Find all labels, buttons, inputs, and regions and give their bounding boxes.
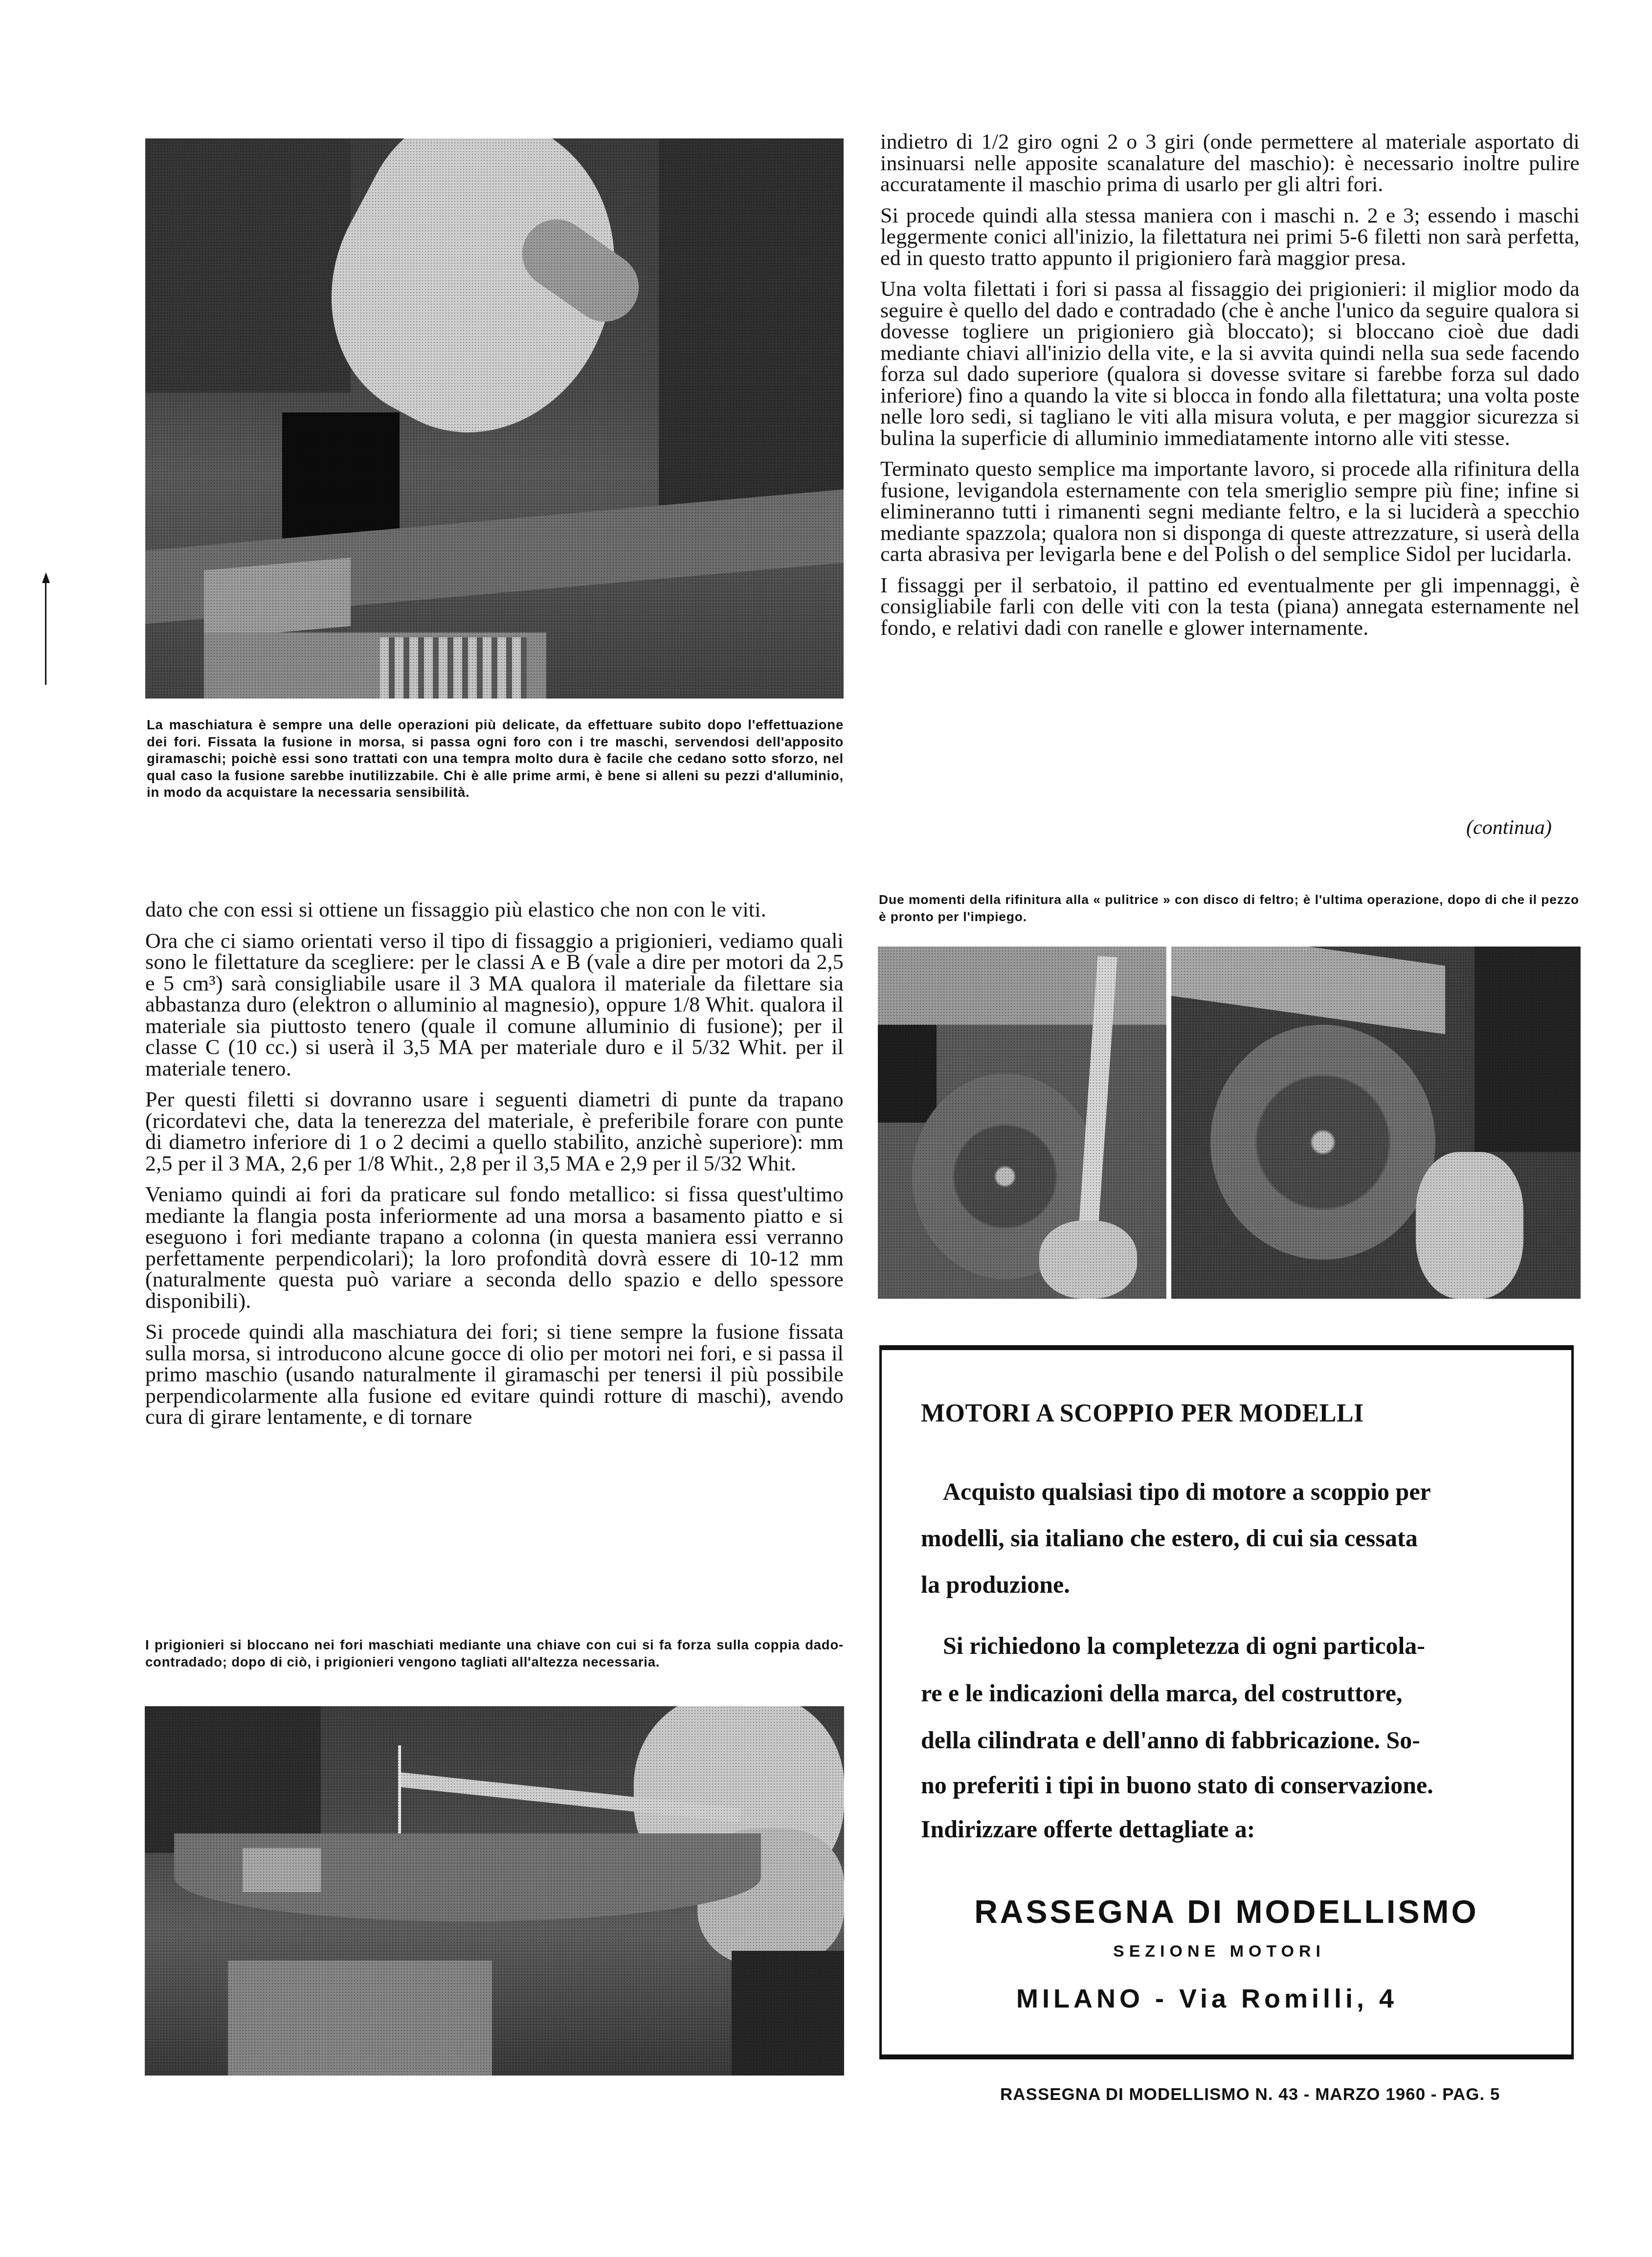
photo-tap-block: [282, 412, 400, 540]
photo-polishing-2: [1171, 947, 1581, 1299]
ad-line: della cilindrata e dell'anno di fabbrica…: [921, 1726, 1535, 1754]
ad-line: la produzione.: [921, 1570, 1535, 1599]
ad-line: Si richiedono la completezza di ogni par…: [943, 1631, 1557, 1660]
page-footer: RASSEGNA DI MODELLISMO N. 43 - MARZO 196…: [1000, 2085, 1500, 2104]
paragraph: Veniamo quindi ai fori da praticare sul …: [145, 1184, 844, 1311]
paragraph: Si procede quindi alla stessa maniera co…: [880, 205, 1580, 269]
photo-highlight: [243, 1848, 321, 1892]
paragraph: Una volta filettati i fori si passa al f…: [880, 278, 1580, 449]
photo-polishing-1: [878, 947, 1166, 1299]
paragraph: I fissaggi per il serbatoio, il pattino …: [880, 575, 1580, 639]
ad-line: Indirizzare offerte dettagliate a:: [921, 1815, 1535, 1843]
margin-arrow-icon: [42, 572, 50, 583]
paragraph: Ora che ci siamo orientati verso il tipo…: [145, 930, 844, 1080]
photo-studs: [145, 1706, 844, 2076]
ad-line: Acquisto qualsiasi tipo di motore a scop…: [943, 1477, 1557, 1506]
ad-line: modelli, sia italiano che estero, di cui…: [921, 1524, 1535, 1552]
photo-tapping: [145, 138, 844, 699]
paragraph: indietro di 1/2 giro ogni 2 o 3 giri (on…: [880, 131, 1580, 195]
photo-felt-wheel: [1210, 1025, 1435, 1260]
paragraph: Terminato questo semplice ma importante …: [880, 458, 1580, 565]
ad-publisher: RASSEGNA DI MODELLISMO: [882, 1893, 1571, 1930]
caption-polishing: Due momenti della rifinitura alla « puli…: [879, 891, 1579, 925]
photo-region: [145, 138, 351, 393]
photo-hand: [1416, 1152, 1523, 1299]
article-right-column: indietro di 1/2 giro ogni 2 o 3 giri (on…: [880, 131, 1580, 638]
ad-section: SEZIONE MOTORI: [874, 1942, 1564, 1961]
advertisement-box: MOTORI A SCOPPIO PER MODELLI Acquisto qu…: [879, 1345, 1574, 2059]
caption-tapping: La maschiatura è sempre una delle operaz…: [147, 717, 844, 801]
article-left-column: dato che con essi si ottiene un fissaggi…: [145, 899, 844, 1428]
margin-rule: [45, 577, 46, 685]
photo-bench: [878, 947, 1166, 1025]
ad-title: MOTORI A SCOPPIO PER MODELLI: [921, 1399, 1364, 1428]
photo-vise: [228, 1961, 492, 2076]
paragraph: dato che con essi si ottiene un fissaggi…: [145, 899, 844, 921]
ad-line: no preferiti i tipi in buono stato di co…: [921, 1771, 1535, 1799]
ad-address: MILANO - Via Romilli, 4: [862, 1984, 1552, 2014]
photo-vise-teeth: [380, 637, 527, 699]
photo-region: [732, 1951, 844, 2076]
photo-region: [878, 1025, 937, 1123]
photo-region: [145, 1706, 321, 1853]
ad-line: re e le indicazioni della marca, del cos…: [921, 1679, 1535, 1707]
paragraph: Si procede quindi alla maschiatura dei f…: [145, 1321, 844, 1428]
paragraph: Per questi filetti si dovranno usare i s…: [145, 1089, 844, 1174]
continued-label: (continua): [1466, 816, 1552, 839]
caption-studs: I prigionieri si bloccano nei fori masch…: [145, 1637, 844, 1670]
photo-sleeve: [1474, 947, 1581, 1152]
photo-bench: [1171, 947, 1445, 1034]
photo-highlight: [204, 558, 351, 639]
photo-hand: [1039, 1220, 1137, 1299]
photo-region: [659, 138, 844, 510]
